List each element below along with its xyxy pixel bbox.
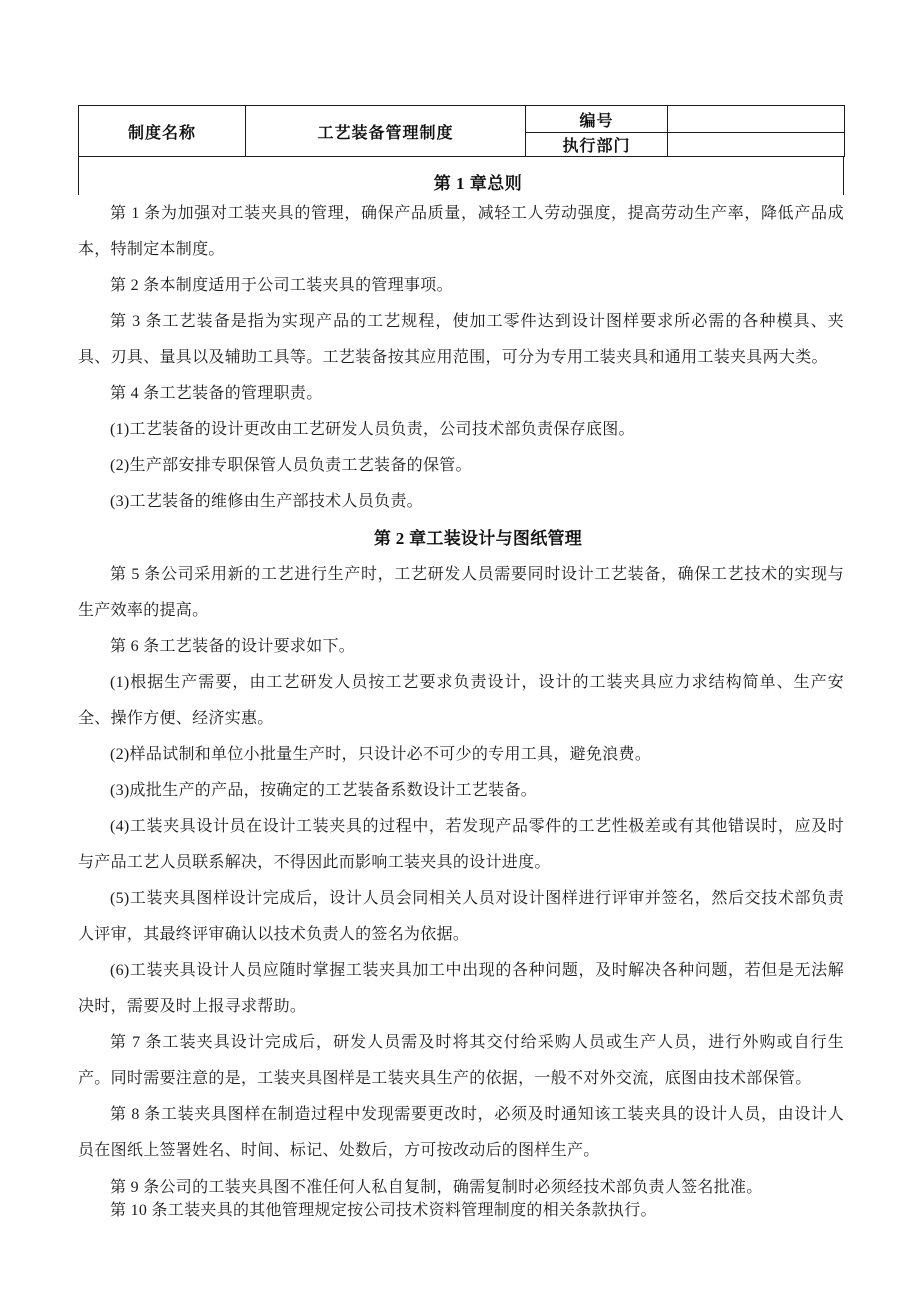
doc-paragraph: 第 10 条工装夹具的其他管理规定按公司技术资料管理制度的相关条款执行。 — [78, 1199, 844, 1222]
system-name-value-cell: 工艺装备管理制度 — [246, 106, 526, 157]
department-value-cell — [668, 133, 845, 157]
doc-paragraph: 第 8 条工装夹具图样在制造过程中发现需要更改时，必须及时通知该工装夹具的设计人… — [78, 1097, 844, 1169]
doc-paragraph: (3)成批生产的产品，按确定的工艺装备系数设计工艺装备。 — [78, 773, 844, 809]
document-header-table: 制度名称 工艺装备管理制度 编号 执行部门 — [78, 105, 845, 157]
document-text: 第 1 条为加强对工装夹具的管理，确保产品质量，减轻工人劳动强度，提高劳动生产率… — [78, 196, 844, 1222]
doc-paragraph: 第 7 条工装夹具设计完成后，研发人员需及时将其交付给采购人员或生产人员，进行外… — [78, 1025, 844, 1097]
doc-paragraph: 第 3 条工艺装备是指为实现产品的工艺规程，使加工零件达到设计图样要求所必需的各… — [78, 304, 844, 376]
department-label-cell: 执行部门 — [526, 133, 668, 157]
document-page: 制度名称 工艺装备管理制度 编号 执行部门 第 1 章总则 第 1 条为加强对工… — [0, 0, 920, 1301]
doc-paragraph: (5)工装夹具图样设计完成后，设计人员会同相关人员对设计图样进行评审并签名，然后… — [78, 881, 844, 953]
chapter-1-title-box: 第 1 章总则 — [78, 157, 844, 195]
doc-paragraph: (1)工艺装备的设计更改由工艺研发人员负责，公司技术部负责保存底图。 — [78, 412, 844, 448]
doc-paragraph: 第 9 条公司的工装夹具图不准任何人私自复制，确需复制时必须经技术部负责人签名批… — [78, 1176, 844, 1199]
doc-paragraph: (2)生产部安排专职保管人员负责工艺装备的保管。 — [78, 448, 844, 484]
doc-paragraph: 第 4 条工艺装备的管理职责。 — [78, 376, 844, 412]
chapter-2-title: 第 2 章工装设计与图纸管理 — [78, 520, 844, 557]
doc-paragraph: 第 2 条本制度适用于公司工装夹具的管理事项。 — [78, 268, 844, 304]
system-name-label-cell: 制度名称 — [79, 106, 246, 157]
doc-paragraph: (3)工艺装备的维修由生产部技术人员负责。 — [78, 484, 844, 520]
chapter-1-title: 第 1 章总则 — [400, 173, 523, 195]
doc-paragraph: 第 6 条工艺装备的设计要求如下。 — [78, 629, 844, 665]
doc-paragraph: (2)样品试制和单位小批量生产时，只设计必不可少的专用工具，避免浪费。 — [78, 737, 844, 773]
number-label-cell: 编号 — [526, 106, 668, 133]
document-body: 制度名称 工艺装备管理制度 编号 执行部门 第 1 章总则 第 1 条为加强对工… — [78, 105, 844, 1222]
doc-paragraph: 第 5 条公司采用新的工艺进行生产时，工艺研发人员需要同时设计工艺装备，确保工艺… — [78, 557, 844, 629]
doc-paragraph: (4)工装夹具设计员在设计工装夹具的过程中，若发现产品零件的工艺性极差或有其他错… — [78, 809, 844, 881]
doc-paragraph: (6)工装夹具设计人员应随时掌握工装夹具加工中出现的各种问题，及时解决各种问题，… — [78, 953, 844, 1025]
doc-paragraph: (1)根据生产需要，由工艺研发人员按工艺要求负责设计，设计的工装夹具应力求结构简… — [78, 665, 844, 737]
number-value-cell — [668, 106, 845, 133]
doc-paragraph: 第 1 条为加强对工装夹具的管理，确保产品质量，减轻工人劳动强度，提高劳动生产率… — [78, 196, 844, 268]
